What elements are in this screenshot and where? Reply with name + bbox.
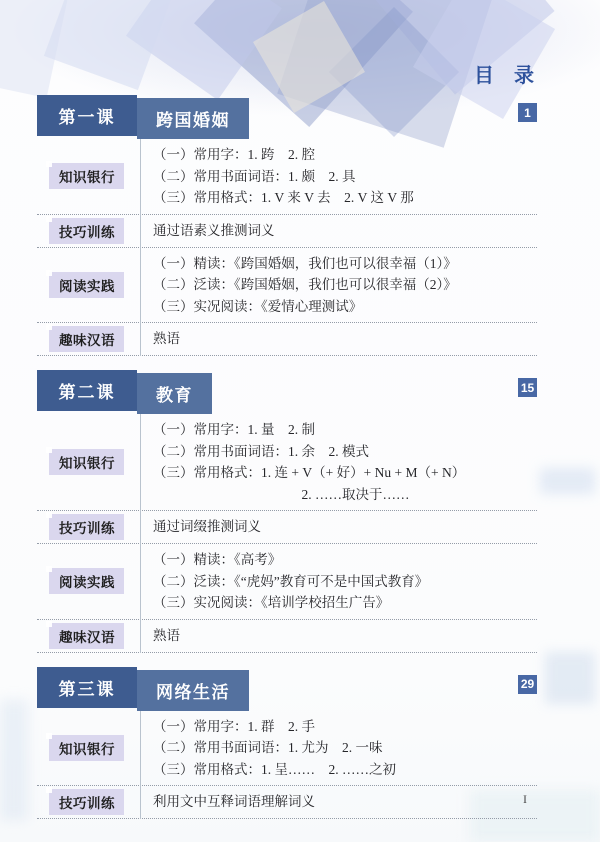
label-cell: 阅读实践: [37, 568, 140, 594]
lesson-title: 网络生活: [137, 670, 249, 711]
lesson-number: 第一课: [37, 95, 137, 136]
row-skill-training: 技巧训练 通过词缀推测词义: [37, 511, 537, 544]
lesson-2-block: 第二课 教育 15 知识银行 （一）常用字：1. 量 2. 制 （二）常用书面词…: [37, 370, 537, 653]
section-label: 知识银行: [49, 735, 124, 761]
label-cell: 趣味汉语: [37, 326, 140, 352]
deco-shape: [126, 0, 282, 100]
row-fun-chinese: 趣味汉语 熟语: [37, 620, 537, 653]
row-knowledge-bank: 知识银行 （一）常用字：1. 群 2. 手 （二）常用书面词语：1. 尤为 2.…: [37, 711, 537, 787]
lesson-page-number-badge: 1: [518, 103, 537, 122]
row-reading-practice: 阅读实践 （一）精读：《高考》 （二）泛读：《“虎妈”教育可不是中国式教育》 （…: [37, 544, 537, 620]
deco-shape: [0, 0, 71, 98]
section-label: 阅读实践: [49, 568, 124, 594]
lesson-title: 教育: [137, 373, 212, 414]
lesson-page-number-badge: 15: [518, 378, 537, 397]
row-knowledge-bank: 知识银行 （一）常用字：1. 跨 2. 腔 （二）常用书面词语：1. 颇 2. …: [37, 139, 537, 215]
section-label: 技巧训练: [49, 789, 124, 815]
lesson-page-number-badge: 29: [518, 675, 537, 694]
section-content: 熟语: [140, 326, 180, 352]
toc-page: 目 录 第一课 跨国婚姻 1 知识银行 （一）常用字：1. 跨 2. 腔 （二）…: [0, 0, 600, 842]
page-title: 目 录: [474, 59, 534, 88]
section-content: 通过词缀推测词义: [140, 514, 261, 540]
lesson-header: 第一课 跨国婚姻 1: [37, 95, 537, 139]
lesson-header: 第三课 网络生活 29: [37, 667, 537, 711]
lesson-number: 第二课: [37, 370, 137, 411]
row-knowledge-bank: 知识银行 （一）常用字：1. 量 2. 制 （二）常用书面词语：1. 余 2. …: [37, 414, 537, 511]
deco-shape: [44, 0, 172, 90]
label-cell: 趣味汉语: [37, 623, 140, 649]
section-label: 技巧训练: [49, 514, 124, 540]
section-content: 熟语: [140, 623, 180, 649]
label-cell: 知识银行: [37, 163, 140, 189]
section-content: （一）精读：《跨国婚姻，我们也可以很幸福（1）》 （二）泛读：《跨国婚姻，我们也…: [140, 251, 457, 320]
section-label: 阅读实践: [49, 272, 124, 298]
lesson-title: 跨国婚姻: [137, 98, 249, 139]
row-reading-practice: 阅读实践 （一）精读：《跨国婚姻，我们也可以很幸福（1）》 （二）泛读：《跨国婚…: [37, 248, 537, 324]
label-cell: 知识银行: [37, 735, 140, 761]
section-content: 利用文中互释词语理解词义: [140, 789, 315, 815]
row-skill-training: 技巧训练 利用文中互释词语理解词义: [37, 786, 537, 819]
section-content: 通过语素义推测词义: [140, 218, 275, 244]
row-fun-chinese: 趣味汉语 熟语: [37, 323, 537, 356]
label-cell: 技巧训练: [37, 514, 140, 540]
section-content: （一）常用字：1. 群 2. 手 （二）常用书面词语：1. 尤为 2. 一味 （…: [140, 714, 396, 783]
label-cell: 知识银行: [37, 449, 140, 475]
section-content: （一）常用字：1. 跨 2. 腔 （二）常用书面词语：1. 颇 2. 具 （三）…: [140, 142, 414, 211]
folio-page-number: I: [518, 792, 532, 807]
label-cell: 技巧训练: [37, 789, 140, 815]
section-label: 知识银行: [49, 449, 124, 475]
section-label: 趣味汉语: [49, 623, 124, 649]
section-content: （一）精读：《高考》 （二）泛读：《“虎妈”教育可不是中国式教育》 （三）实况阅…: [140, 547, 428, 616]
lesson-body: 知识银行 （一）常用字：1. 群 2. 手 （二）常用书面词语：1. 尤为 2.…: [37, 711, 537, 820]
row-skill-training: 技巧训练 通过语素义推测词义: [37, 215, 537, 248]
lesson-1-block: 第一课 跨国婚姻 1 知识银行 （一）常用字：1. 跨 2. 腔 （二）常用书面…: [37, 95, 537, 356]
section-content: （一）常用字：1. 量 2. 制 （二）常用书面词语：1. 余 2. 模式 （三…: [140, 417, 465, 507]
deco-smudge: [540, 468, 595, 494]
lesson-body: 知识银行 （一）常用字：1. 量 2. 制 （二）常用书面词语：1. 余 2. …: [37, 414, 537, 653]
toc-body: 第一课 跨国婚姻 1 知识银行 （一）常用字：1. 跨 2. 腔 （二）常用书面…: [37, 95, 537, 833]
section-label: 技巧训练: [49, 218, 124, 244]
lesson-number: 第三课: [37, 667, 137, 708]
section-label: 趣味汉语: [49, 326, 124, 352]
lesson-header: 第二课 教育 15: [37, 370, 537, 414]
deco-smudge: [545, 652, 595, 704]
lesson-3-block: 第三课 网络生活 29 知识银行 （一）常用字：1. 群 2. 手 （二）常用书…: [37, 667, 537, 820]
section-label: 知识银行: [49, 163, 124, 189]
lesson-body: 知识银行 （一）常用字：1. 跨 2. 腔 （二）常用书面词语：1. 颇 2. …: [37, 139, 537, 356]
label-cell: 阅读实践: [37, 272, 140, 298]
deco-smudge: [0, 700, 28, 820]
label-cell: 技巧训练: [37, 218, 140, 244]
